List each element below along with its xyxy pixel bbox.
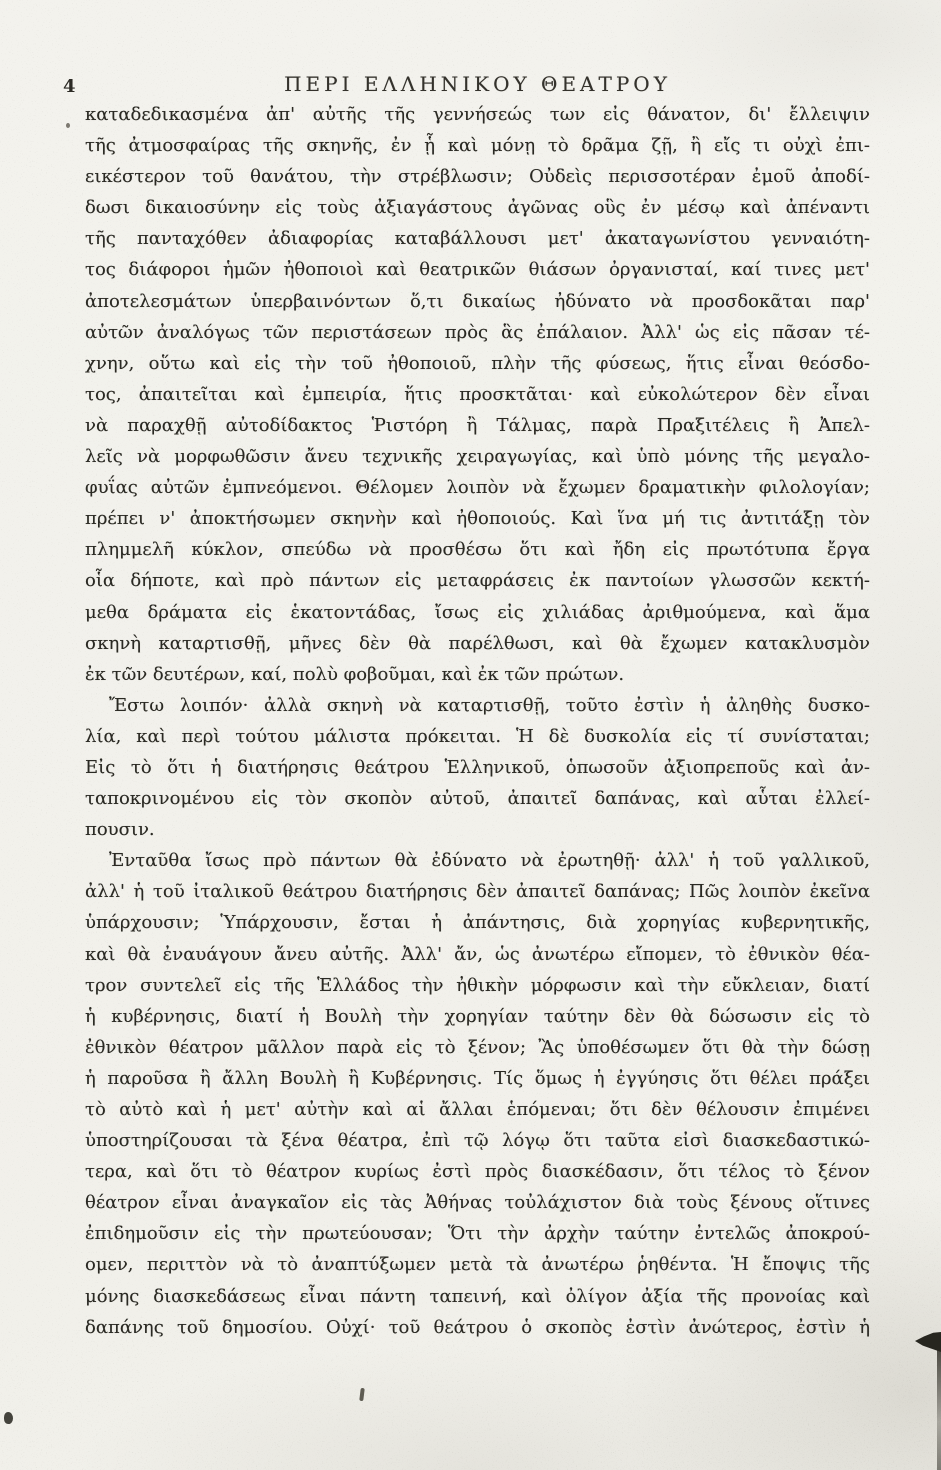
text-line: ἐθνικὸν θέατρον μᾶλλον παρὰ εἰς τὸ ξένον… [85,1032,870,1063]
text-line: τῆς ἀτμοσφαίρας τῆς σκηνῆς, ἐν ᾗ καὶ μόν… [85,130,870,161]
text-line: εικέστερον τοῦ θανάτου, τὴν στρέβλωσιν; … [85,161,870,192]
page-header: 4 ΠΕΡΙ ΕΛΛΗΝΙΚΟΥ ΘΕΑΤΡΟΥ [85,70,870,102]
text-line: χνην, οὕτω καὶ εἰς τὴν τοῦ ἠθοποιοῦ, πλὴ… [85,348,870,379]
text-line: οἷα δήποτε, καὶ πρὸ πάντων εἰς μεταφράσε… [85,565,870,596]
text-line: ομεν, περιττὸν νὰ τὸ ἀναπτύξωμεν μετὰ τὰ… [85,1249,870,1280]
text-line: ἡ κυβέρνησις, διατί ἡ Βουλὴ τὴν χορηγίαν… [85,1001,870,1032]
text-block: καταδεδικασμένα ἀπ' αὐτῆς τῆς γεννήσεώς … [85,99,870,1343]
text-line: καὶ θὰ ἐναυάγουν ἄνευ αὐτῆς. Ἀλλ' ἄν, ὡς… [85,939,870,970]
text-line: τος διάφοροι ἡμῶν ἠθοποιοὶ καὶ θεατρικῶν… [85,254,870,285]
right-edge-ink-smudge [915,1332,941,1352]
text-line: δαπάνης τοῦ δημοσίου. Οὐχί· τοῦ θεάτρου … [85,1312,870,1343]
text-line: λεῖς νὰ μορφωθῶσιν ἄνευ τεχνικῆς χειραγω… [85,441,870,472]
text-line: σκηνὴ καταρτισθῇ, μῆνες δὲν θὰ παρέλθωσι… [85,628,870,659]
text-line: τὸ αὐτὸ καὶ ἡ μετ' αὐτὴν καὶ αἱ ἄλλαι ἑπ… [85,1094,870,1125]
text-line: ὑπάρχουσιν; Ὑπάρχουσιν, ἔσται ἡ ἀπάντησι… [85,907,870,938]
text-line: πρέπει ν' ἀποκτήσωμεν σκηνὴν καὶ ἠθοποιο… [85,503,870,534]
text-line: ἐπιδημοῦσιν εἰς τὴν πρωτεύουσαν; Ὅτι τὴν… [85,1218,870,1249]
paragraph: Ἔστω λοιπόν· ἀλλὰ σκηνὴ νὰ καταρτισθῇ, τ… [85,690,870,845]
text-line: πουσιν. [85,814,870,845]
text-line: νὰ παραχθῇ αὐτοδίδακτος Ῥιστόρη ἢ Τάλμας… [85,410,870,441]
text-line: θέατρον εἶναι ἀναγκαῖον εἰς τὰς Ἀθήνας τ… [85,1187,870,1218]
text-line: αὐτῶν ἀναλόγως τῶν περιστάσεων πρὸς ἃς ἐ… [85,317,870,348]
text-line: λία, καὶ περὶ τούτου μάλιστα πρόκειται. … [85,721,870,752]
paragraph: καταδεδικασμένα ἀπ' αὐτῆς τῆς γεννήσεώς … [85,99,870,690]
running-title: ΠΕΡΙ ΕΛΛΗΝΙΚΟΥ ΘΕΑΤΡΟΥ [85,72,870,96]
text-line: τερα, καὶ ὅτι τὸ θέατρον κυρίως ἐστὶ πρὸ… [85,1156,870,1187]
left-edge-ink-dot [4,1412,13,1424]
page-number: 4 [63,76,76,97]
text-line: Εἰς τὸ ὅτι ἡ διατήρησις θεάτρου Ἑλληνικο… [85,752,870,783]
text-line: τῆς πανταχόθεν ἀδιαφορίας καταβάλλουσι μ… [85,223,870,254]
text-line: ταποκρινομένου εἰς τὸν σκοπὸν αὐτοῦ, ἀπα… [85,783,870,814]
text-line: ἐκ τῶν δευτέρων, καί, πολὺ φοβοῦμαι, καὶ… [85,659,870,690]
text-line: τος, ἀπαιτεῖται καὶ ἐμπειρία, ἥτις προσκ… [85,379,870,410]
text-line: φυΐας αὐτῶν ἐμπνεόμενοι. Θέλομεν λοιπὸν … [85,472,870,503]
text-line: δωσι δικαιοσύνην εἰς τοὺς ἀξιαγάστους ἀγ… [85,192,870,223]
text-line: πλημμελῆ κύκλον, σπεύδω νὰ προσθέσω ὅτι … [85,534,870,565]
margin-ink-speck [66,123,70,128]
right-scan-edge-line [937,1350,941,1470]
text-line: Ἐνταῦθα ἴσως πρὸ πάντων θὰ ἐδύνατο νὰ ἐρ… [85,845,870,876]
text-line: μόνης διασκεδάσεως εἶναι πάντη ταπεινή, … [85,1281,870,1312]
bottom-ink-tick [359,1388,365,1401]
text-line: ὑποστηρίζουσαι τὰ ξένα θέατρα, ἐπὶ τῷ λό… [85,1125,870,1156]
text-line: μεθα δράματα εἰς ἑκατοντάδας, ἴσως εἰς χ… [85,597,870,628]
text-line: Ἔστω λοιπόν· ἀλλὰ σκηνὴ νὰ καταρτισθῇ, τ… [85,690,870,721]
book-page: 4 ΠΕΡΙ ΕΛΛΗΝΙΚΟΥ ΘΕΑΤΡΟΥ καταδεδικασμένα… [0,0,941,1470]
text-line: ἡ παροῦσα ἢ ἄλλη Βουλὴ ἢ Κυβέρνησις. Τίς… [85,1063,870,1094]
text-line: ἀλλ' ἡ τοῦ ἰταλικοῦ θεάτρου διατήρησις δ… [85,876,870,907]
text-line: καταδεδικασμένα ἀπ' αὐτῆς τῆς γεννήσεώς … [85,99,870,130]
text-line: ἀποτελεσμάτων ὑπερβαινόντων ὅ,τι δικαίως… [85,286,870,317]
text-line: τρον συντελεῖ εἰς τῆς Ἑλλάδος τὴν ἠθικὴν… [85,970,870,1001]
paragraph: Ἐνταῦθα ἴσως πρὸ πάντων θὰ ἐδύνατο νὰ ἐρ… [85,845,870,1343]
